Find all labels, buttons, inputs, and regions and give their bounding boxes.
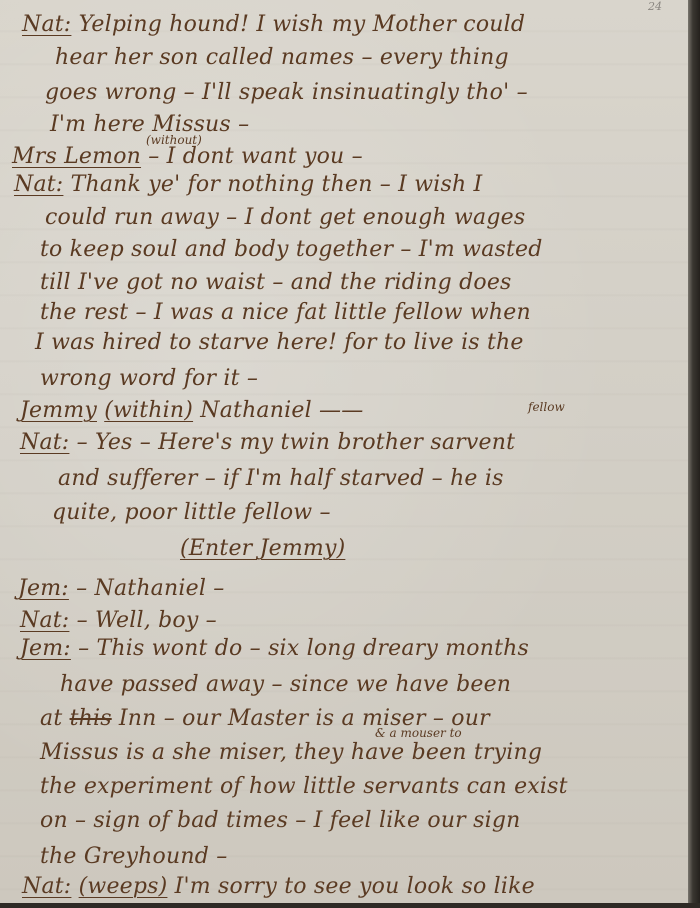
- line-text: – This wont do – six long dreary months: [71, 636, 529, 661]
- manuscript-line: hear her son called names – every thing: [55, 45, 509, 70]
- speaker-name: Nat:: [20, 430, 69, 455]
- speaker-name: Nat:: [20, 608, 69, 633]
- manuscript-line: goes wrong – I'll speak insinuatingly th…: [45, 80, 528, 105]
- manuscript-line: Mrs Lemon – I dont want you –: [12, 144, 363, 169]
- speaker-name: Nat:: [22, 874, 71, 899]
- line-text: Missus is a she miser, they have been tr…: [40, 740, 542, 765]
- line-text: till I've got no waist – and the riding …: [40, 270, 512, 295]
- line-text: – Well, boy –: [69, 608, 216, 633]
- line-text: Nathaniel ——: [193, 398, 363, 423]
- line-text: on – sign of bad times – I feel like our…: [40, 808, 520, 833]
- speaker-name: Nat:: [22, 12, 71, 37]
- manuscript-line: have passed away – since we have been: [60, 672, 511, 697]
- manuscript-line: quite, poor little fellow –: [52, 500, 331, 525]
- line-text: at: [40, 706, 70, 731]
- manuscript-line: (Enter Jemmy): [180, 536, 345, 561]
- line-text: wrong word for it –: [40, 366, 258, 391]
- stage-direction: (within): [104, 398, 193, 423]
- manuscript-line: Nat: Yelping hound! I wish my Mother cou…: [22, 12, 525, 37]
- page-number: 24: [648, 0, 662, 13]
- line-text: have passed away – since we have been: [60, 672, 511, 697]
- stage-direction: (weeps): [79, 874, 168, 899]
- line-text: I was hired to starve here! for to live …: [35, 330, 524, 355]
- manuscript-line: the experiment of how little servants ca…: [40, 774, 568, 799]
- line-text: – Yes – Here's my twin brother sarvent: [69, 430, 515, 455]
- manuscript-line: Jem: – This wont do – six long dreary mo…: [20, 636, 529, 661]
- manuscript-page: 24 Nat: Yelping hound! I wish my Mother …: [0, 0, 688, 903]
- page-edge-shadow: [688, 0, 700, 908]
- line-text: – I dont want you –: [141, 144, 363, 169]
- line-text: to keep soul and body together – I'm was…: [40, 237, 543, 262]
- speaker-name: Jem:: [20, 636, 71, 661]
- line-text: could run away – I dont get enough wages: [45, 205, 525, 230]
- manuscript-line: Nat: Thank ye' for nothing then – I wish…: [14, 172, 482, 197]
- manuscript-line: Nat: (weeps) I'm sorry to see you look s…: [22, 874, 535, 899]
- line-text: Thank ye' for nothing then – I wish I: [63, 172, 482, 197]
- manuscript-line: Jemmy (within) Nathaniel ——: [20, 398, 363, 423]
- manuscript-line: Nat: – Yes – Here's my twin brother sarv…: [20, 430, 515, 455]
- line-text: I'm sorry to see you look so like: [167, 874, 534, 899]
- manuscript-line: the rest – I was a nice fat little fello…: [40, 300, 531, 325]
- line-text: goes wrong – I'll speak insinuatingly th…: [45, 80, 528, 105]
- speaker-name: Nat:: [14, 172, 63, 197]
- speaker-name: Jemmy: [20, 398, 97, 423]
- manuscript-line: and sufferer – if I'm half starved – he …: [58, 466, 504, 491]
- manuscript-line: Missus is a she miser, they have been tr…: [40, 740, 542, 765]
- stage-direction: (Enter Jemmy): [180, 536, 345, 561]
- line-text: quite, poor little fellow –: [52, 500, 331, 525]
- line-text: the Greyhound –: [40, 844, 227, 869]
- manuscript-line: on – sign of bad times – I feel like our…: [40, 808, 520, 833]
- line-text: hear her son called names – every thing: [55, 45, 509, 70]
- struck-text: this: [70, 706, 112, 731]
- line-text: Yelping hound! I wish my Mother could: [71, 12, 525, 37]
- manuscript-line: could run away – I dont get enough wages: [45, 205, 525, 230]
- interlinear-note: fellow: [528, 400, 565, 414]
- line-text: the rest – I was a nice fat little fello…: [40, 300, 531, 325]
- manuscript-line: till I've got no waist – and the riding …: [40, 270, 512, 295]
- line-text: and sufferer – if I'm half starved – he …: [58, 466, 504, 491]
- line-text: – Nathaniel –: [69, 576, 225, 601]
- speaker-name: Mrs Lemon: [12, 144, 141, 169]
- manuscript-line: Nat: – Well, boy –: [20, 608, 217, 633]
- speaker-name: Jem:: [18, 576, 69, 601]
- interlinear-note: & a mouser to: [375, 726, 462, 740]
- line-text: the experiment of how little servants ca…: [40, 774, 568, 799]
- manuscript-line: Jem: – Nathaniel –: [18, 576, 224, 601]
- manuscript-line: to keep soul and body together – I'm was…: [40, 237, 543, 262]
- page-bottom-edge: [0, 903, 700, 908]
- manuscript-line: the Greyhound –: [40, 844, 227, 869]
- manuscript-line: wrong word for it –: [40, 366, 258, 391]
- manuscript-line: I was hired to starve here! for to live …: [35, 330, 524, 355]
